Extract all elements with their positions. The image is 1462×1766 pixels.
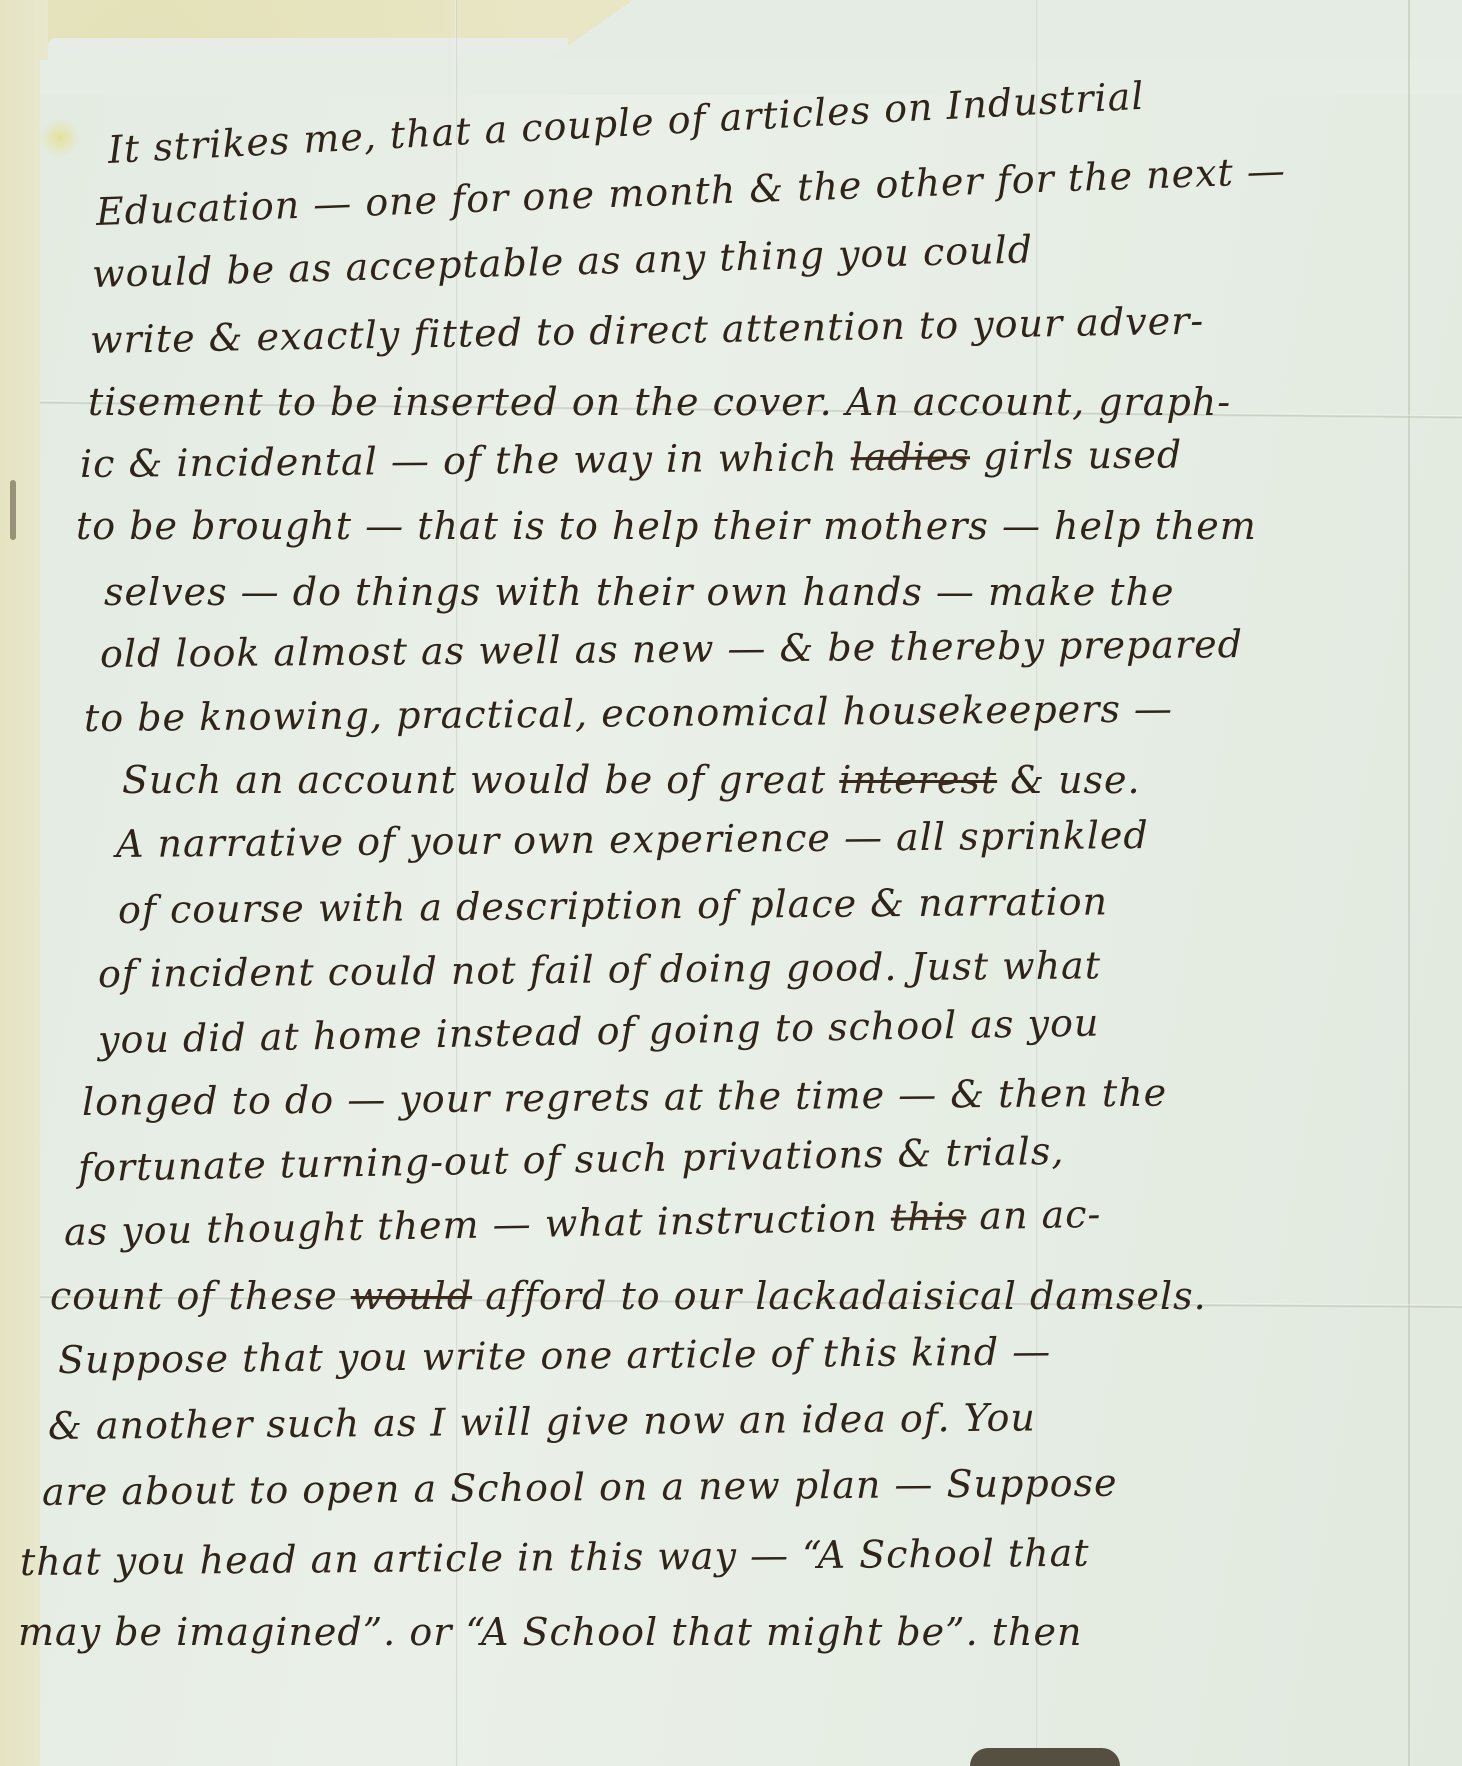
struck-word: this <box>890 1194 966 1239</box>
letter-line: write & exactly fitted to direct attenti… <box>90 299 1205 362</box>
letter-line: you did at home instead of going to scho… <box>98 1001 1100 1062</box>
letter-line: count of these would afford to our lacka… <box>50 1274 1207 1318</box>
struck-word: would <box>351 1274 472 1318</box>
letter-line: to be brought — that is to help their mo… <box>76 504 1257 548</box>
letter-line: fortunate turning-out of such privations… <box>78 1129 1065 1190</box>
letter-line: are about to open a School on a new plan… <box>42 1461 1118 1514</box>
struck-word: ladies <box>851 434 971 479</box>
letter-line: It strikes me, that a couple of articles… <box>107 74 1146 172</box>
letter-line: may be imagined”. or “A School that migh… <box>18 1610 1082 1654</box>
letter-line: would be as acceptable as any thing you … <box>91 227 1033 296</box>
letter-line: Such an account would be of great intere… <box>122 758 1141 802</box>
letter-line: tisement to be inserted on the cover. An… <box>88 380 1231 424</box>
letter-line: ic & incidental — of the way in which la… <box>80 432 1183 486</box>
letter-line: Suppose that you write one article of th… <box>58 1329 1052 1382</box>
letter-line: to be knowing, practical, economical hou… <box>84 686 1173 740</box>
letter-line: A narrative of your own experience — all… <box>116 813 1149 866</box>
letter-text: It strikes me, that a couple of articles… <box>0 0 1462 1766</box>
struck-word: interest <box>839 758 997 802</box>
letter-line: that you head an article in this way — “… <box>20 1531 1090 1584</box>
letter-line: old look almost as well as new — & be th… <box>100 622 1243 676</box>
letter-line: of incident could not fail of doing good… <box>98 943 1101 996</box>
letter-line: selves — do things with their own hands … <box>104 570 1175 614</box>
letter-line: longed to do — your regrets at the time … <box>82 1071 1168 1124</box>
letter-line: & another such as I will give now an ide… <box>48 1395 1036 1448</box>
letter-line: of course with a description of place & … <box>118 879 1108 932</box>
letter-line: as you thought them — what instruction t… <box>64 1192 1102 1254</box>
